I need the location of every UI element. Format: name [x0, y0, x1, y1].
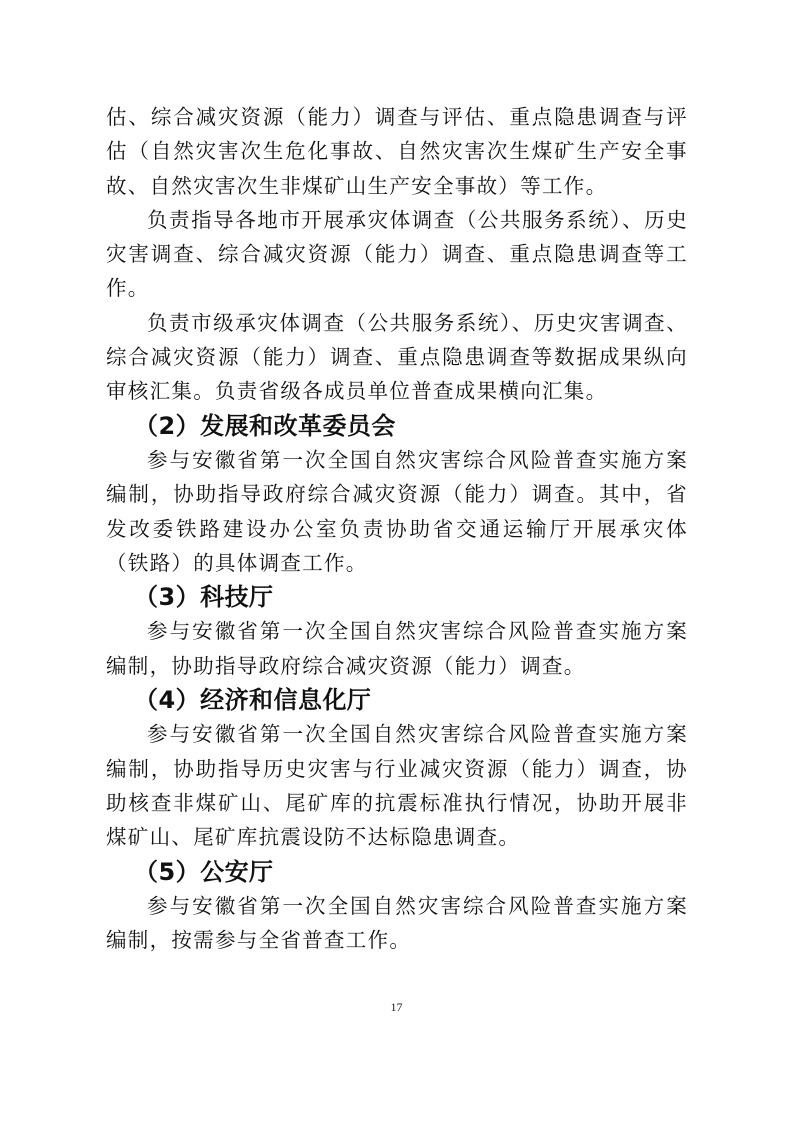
heading-public-security-dept: （5）公安厅: [106, 855, 688, 889]
paragraph-continued-survey-duties: 估、综合减灾资源（能力）调查与评估、重点隐患调查与评估（自然灾害次生危化事故、自…: [106, 100, 688, 203]
paragraph-development-reform-duties: 参与安徽省第一次全国自然灾害综合风险普查实施方案编制，协助指导政府综合减灾资源（…: [106, 443, 688, 580]
paragraph-economy-information-duties: 参与安徽省第一次全国自然灾害综合风险普查实施方案编制，协助指导历史灾害与行业减灾…: [106, 717, 688, 854]
document-page: 估、综合减灾资源（能力）调查与评估、重点隐患调查与评估（自然灾害次生危化事故、自…: [106, 100, 688, 957]
heading-economy-information-dept: （4）经济和信息化厅: [106, 683, 688, 717]
paragraph-municipal-review: 负责市级承灾体调查（公共服务系统）、历史灾害调查、综合减灾资源（能力）调查、重点…: [106, 306, 688, 409]
paragraph-science-technology-duties: 参与安徽省第一次全国自然灾害综合风险普查实施方案编制，协助指导政府综合减灾资源（…: [106, 614, 688, 683]
heading-science-technology-dept: （3）科技厅: [106, 580, 688, 614]
paragraph-public-security-duties: 参与安徽省第一次全国自然灾害综合风险普查实施方案编制，按需参与全省普查工作。: [106, 889, 688, 958]
page-number: 17: [0, 1000, 793, 1015]
heading-development-reform-commission: （2）发展和改革委员会: [106, 409, 688, 443]
paragraph-guide-cities: 负责指导各地市开展承灾体调查（公共服务系统）、历史灾害调查、综合减灾资源（能力）…: [106, 203, 688, 306]
